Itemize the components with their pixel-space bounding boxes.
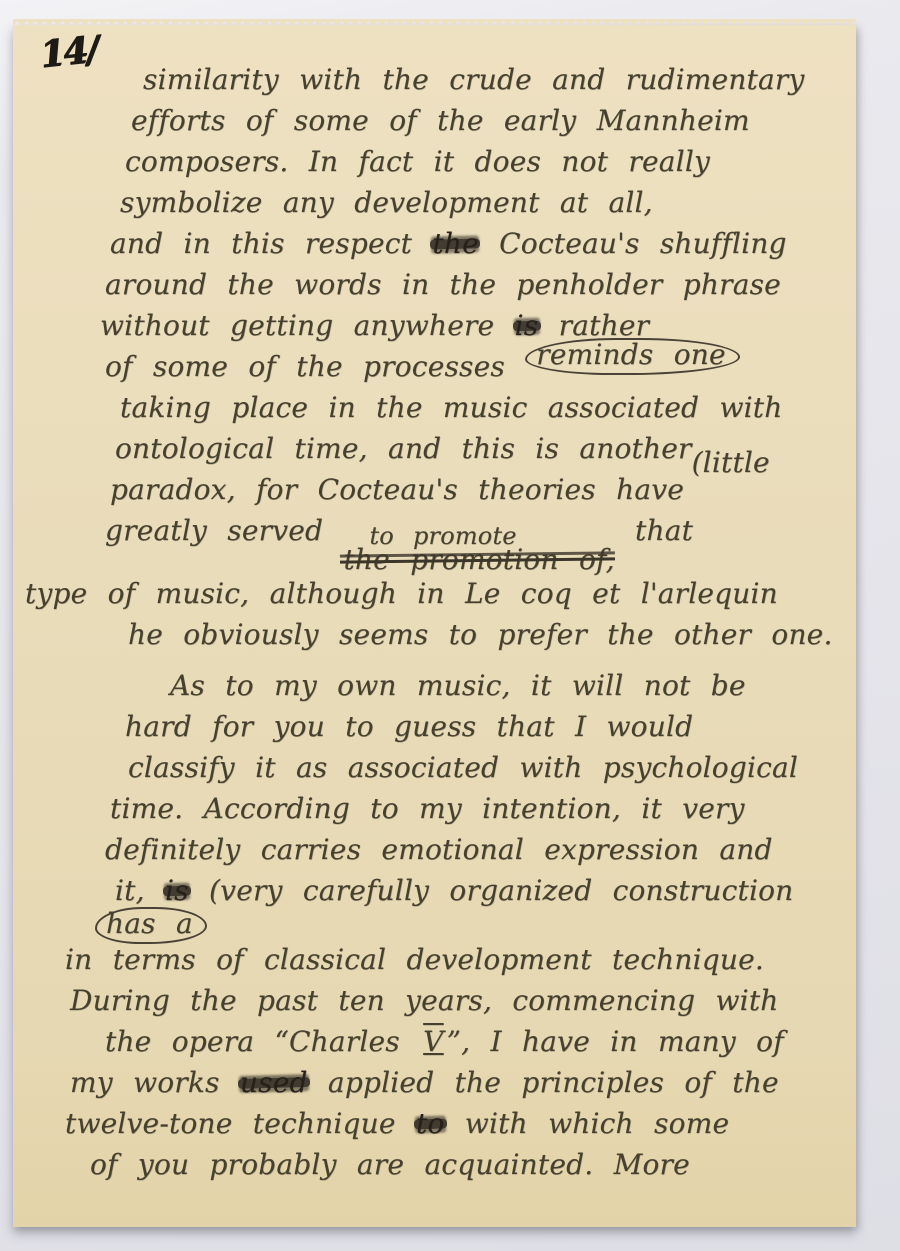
manuscript-line: the opera “Charles V”, I have in many of [25, 1021, 842, 1062]
handwritten-text: taking place in the music associated wit… [120, 391, 782, 424]
handwritten-text: with which some [444, 1107, 729, 1140]
handwritten-text: that [615, 514, 693, 547]
handwritten-text: twelve-tone technique [65, 1107, 416, 1140]
handwritten-text: he obviously seems to prefer the other o… [128, 618, 833, 651]
handwritten-text: efforts of some of the early Mannheim [131, 104, 750, 137]
handwritten-text: around the words in the penholder phrase [105, 268, 781, 301]
handwritten-text: classify it as associated with psycholog… [128, 751, 798, 784]
handwritten-text: applied the principles of the [308, 1066, 779, 1099]
handwritten-text: symbolize any development at all, [120, 186, 653, 219]
handwritten-text: time. According to my intention, it very [110, 792, 745, 825]
handwritten-text: During the past ten years, commencing wi… [70, 984, 779, 1017]
handwritten-text [400, 1025, 420, 1058]
handwritten-text: type of music, although in Le coq et l'a… [25, 577, 778, 610]
circled-insertion: reminds one [525, 338, 740, 375]
manuscript-line: definitely carries emotional expression … [25, 829, 842, 870]
struck-out-text: the promotion of, [343, 547, 614, 573]
handwritten-text: ontological time, and this is another [115, 432, 692, 465]
handwritten-text: As to my own music, it will not be [170, 669, 746, 702]
manuscript-line: and in this respect the Cocteau's shuffl… [25, 223, 842, 264]
handwritten-text: the opera “Charles [105, 1025, 400, 1058]
handwritten-text: without getting anywhere [100, 309, 515, 342]
handwritten-text: in terms of classical development techni… [65, 943, 764, 976]
handwritten-text: (very carefully organized construction [189, 874, 794, 907]
scribbled-out-word: is [515, 309, 539, 342]
manuscript-line: he obviously seems to prefer the other o… [25, 614, 842, 655]
scribbled-out-word: is [165, 874, 189, 907]
scribbled-out-word: used [240, 1066, 308, 1099]
handwritten-text: of some of the processes [105, 350, 525, 383]
handwritten-text: ”, I have in many of [447, 1025, 784, 1058]
manuscript-line: greatly served to promotethe promotion o… [25, 510, 842, 573]
handwritten-text: V [420, 1025, 446, 1058]
handwritten-text: hard for you to guess that I would [125, 710, 693, 743]
manuscript-line: During the past ten years, commencing wi… [25, 980, 842, 1021]
handwritten-text: paradox, for Cocteau's theories have [110, 473, 684, 506]
handwritten-text: similarity with the crude and rudimentar… [143, 63, 805, 96]
manuscript-line: ontological time, and this is another(li… [25, 428, 842, 469]
manuscript-page: 14/ similarity with the crude and rudime… [13, 25, 856, 1227]
handwritten-text: definitely carries emotional expression … [105, 833, 773, 866]
manuscript-line: of some of the processes reminds one [25, 346, 842, 387]
manuscript-line: in terms of classical development techni… [25, 939, 842, 980]
manuscript-line: it, is (very carefully organized constru… [25, 870, 842, 911]
handwritten-text: Cocteau's shuffling [479, 227, 787, 260]
manuscript-line: around the words in the penholder phrase [25, 264, 842, 305]
handwritten-text: greatly served [105, 514, 343, 547]
manuscript-line: time. According to my intention, it very [25, 788, 842, 829]
handwritten-text: my works [70, 1066, 240, 1099]
manuscript-line: has a [25, 907, 842, 939]
manuscript-line: type of music, although in Le coq et l'a… [25, 573, 842, 614]
handwritten-text: and in this respect [110, 227, 432, 260]
manuscript-line: hard for you to guess that I would [25, 706, 842, 747]
manuscript-line: symbolize any development at all, [25, 182, 842, 223]
scribbled-out-word: to [416, 1107, 445, 1140]
handwritten-text: of you probably are acquainted. More [90, 1148, 690, 1181]
handwritten-text: it, [115, 874, 165, 907]
manuscript-line: efforts of some of the early Mannheim [25, 100, 842, 141]
manuscript-line: similarity with the crude and rudimentar… [25, 59, 842, 100]
manuscript-line: of you probably are acquainted. More [25, 1144, 842, 1185]
scribbled-out-word: the [432, 227, 478, 260]
manuscript-line: taking place in the music associated wit… [25, 387, 842, 428]
manuscript-line: As to my own music, it will not be [25, 665, 842, 706]
handwritten-text: (little [692, 446, 770, 479]
handwritten-text: composers. In fact it does not really [125, 145, 710, 178]
manuscript-line: composers. In fact it does not really [25, 141, 842, 182]
manuscript-body: similarity with the crude and rudimentar… [13, 25, 856, 1227]
manuscript-line: classify it as associated with psycholog… [25, 747, 842, 788]
correction-stack: to promotethe promotion of, [343, 525, 614, 573]
manuscript-line: twelve-tone technique to with which some [25, 1103, 842, 1144]
manuscript-line: my works used applied the principles of … [25, 1062, 842, 1103]
